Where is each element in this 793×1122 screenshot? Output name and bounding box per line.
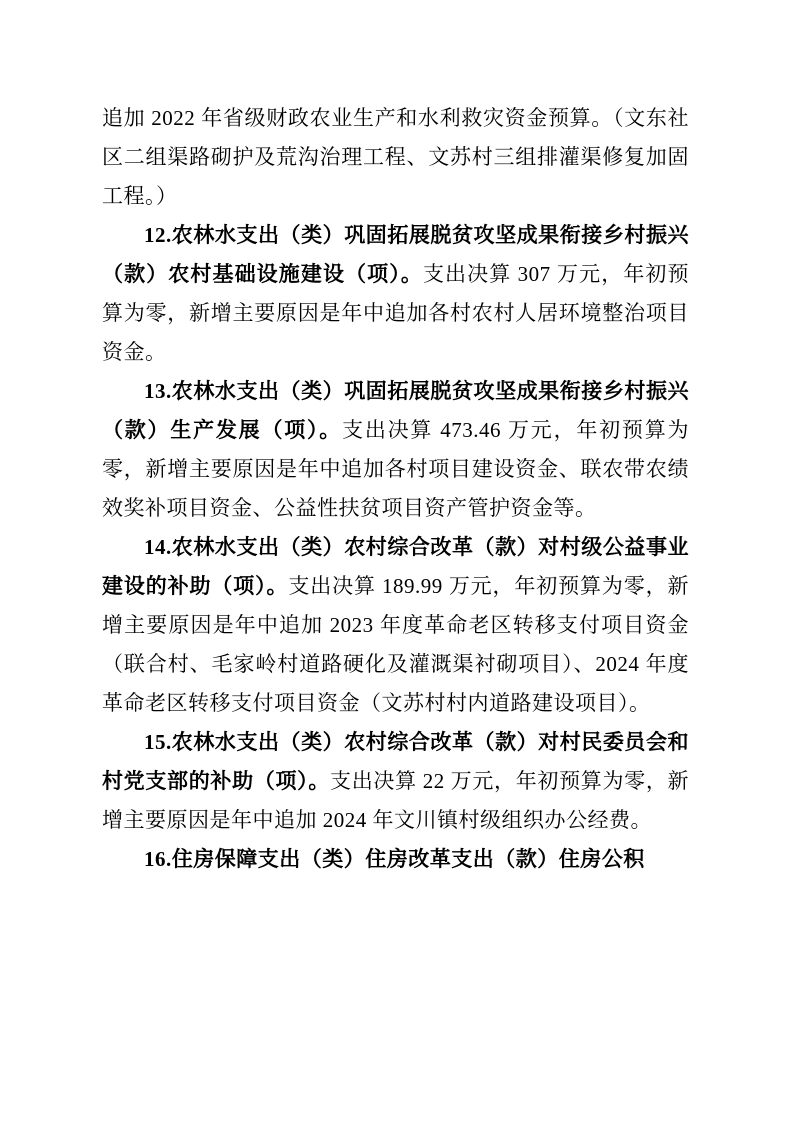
item-16-heading: 16.住房保障支出（类）住房改革支出（款）住房公积	[144, 847, 645, 871]
para-continuation-text: 追加 2022 年省级财政农业生产和水利救灾资金预算。（文东社区二组渠路砌护及荒…	[102, 106, 689, 208]
para-continuation: 追加 2022 年省级财政农业生产和水利救灾资金预算。（文东社区二组渠路砌护及荒…	[102, 99, 689, 216]
document-text-block: 追加 2022 年省级财政农业生产和水利救灾资金预算。（文东社区二组渠路砌护及荒…	[102, 99, 689, 879]
para-item-12: 12.农林水支出（类）巩固拓展脱贫攻坚成果衔接乡村振兴（款）农村基础设施建设（项…	[102, 216, 689, 372]
para-item-15: 15.农林水支出（类）农村综合改革（款）对村民委员会和村党支部的补助（项）。支出…	[102, 723, 689, 840]
para-item-16: 16.住房保障支出（类）住房改革支出（款）住房公积	[102, 840, 689, 879]
para-item-14: 14.农林水支出（类）农村综合改革（款）对村级公益事业建设的补助（项）。支出决算…	[102, 528, 689, 723]
para-item-13: 13.农林水支出（类）巩固拓展脱贫攻坚成果衔接乡村振兴（款）生产发展（项）。支出…	[102, 372, 689, 528]
document-page: 追加 2022 年省级财政农业生产和水利救灾资金预算。（文东社区二组渠路砌护及荒…	[0, 0, 793, 1122]
